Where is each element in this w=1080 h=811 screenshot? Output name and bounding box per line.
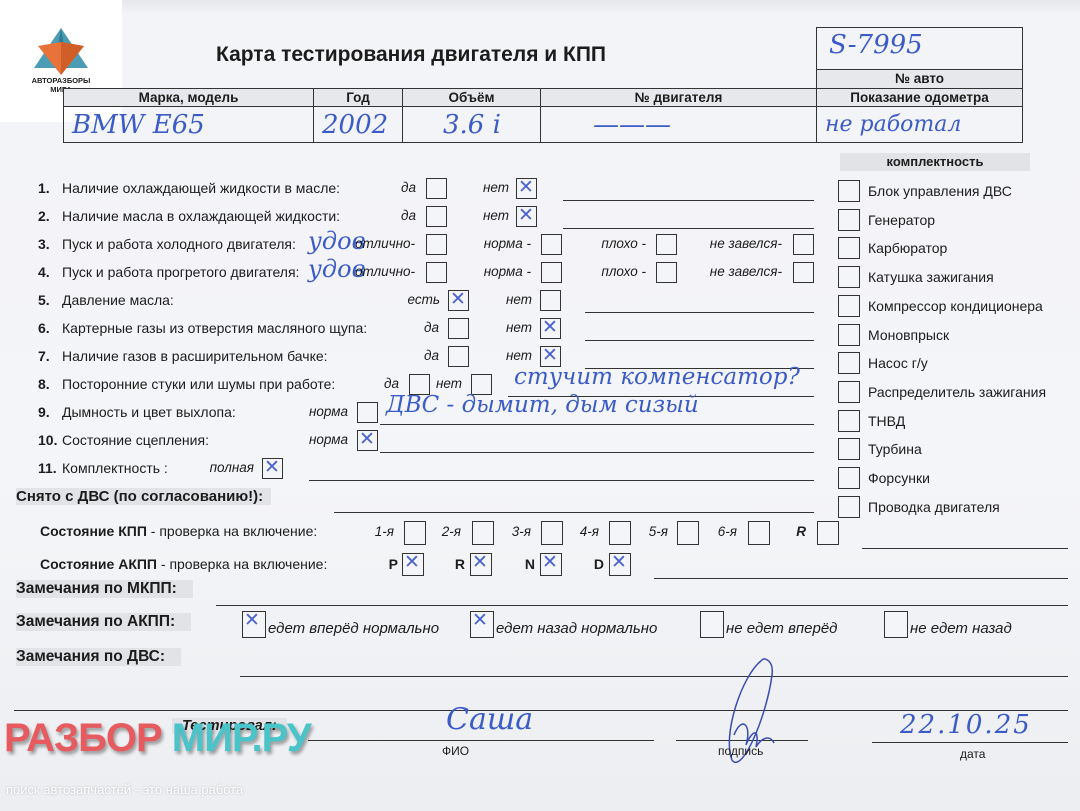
completeness-item-label: Моновпрыск [868, 327, 949, 343]
check-option-label: нет [483, 208, 509, 223]
check-option-checkbox[interactable] [426, 206, 447, 227]
kpp-gear-checkbox[interactable] [748, 521, 770, 545]
kpp-gear-label: 4-я [580, 524, 599, 539]
check-option-checkbox[interactable] [426, 178, 447, 199]
akpp-gear-label: P [389, 556, 398, 572]
check-number: 7. [38, 348, 50, 364]
akpp-gear-checkbox[interactable] [402, 553, 424, 576]
kpp-gear-label: 6-я [718, 524, 737, 539]
check-label: Комплектность : [62, 460, 168, 476]
mountain-logo-icon [34, 28, 88, 76]
car-number-value: S-7995 [829, 30, 923, 60]
check-option-checkbox[interactable] [540, 318, 561, 339]
check-option-label: полная [210, 460, 254, 475]
completeness-checkbox[interactable] [838, 438, 860, 460]
test-card-sheet: АВТОРАЗБОРЫ МИРА Карта тестирования двиг… [0, 0, 1080, 811]
completeness-checkbox[interactable] [838, 352, 860, 374]
akpp-gear-label: R [455, 556, 465, 572]
check-label: Посторонние стуки или шумы при работе: [62, 376, 335, 392]
date-line [872, 742, 1068, 743]
watermark-title: РАЗБОР МИР.РУ [4, 716, 311, 761]
check-option-label: отлично- [355, 264, 415, 279]
volume-field[interactable]: 3.6 i [402, 106, 541, 143]
check-option-checkbox[interactable] [357, 430, 378, 451]
completeness-item-label: Турбина [868, 441, 922, 457]
akpp-remark-label: не едет вперёд [726, 620, 837, 637]
check-option-label: норма [309, 432, 348, 447]
completeness-checkbox[interactable] [838, 496, 860, 518]
check-note-value: стучит компенсатор? [514, 364, 800, 390]
tester-name-caption: ФИО [442, 744, 469, 758]
kpp-gear-checkbox[interactable] [609, 521, 631, 545]
check-option-label: не завелся- [710, 264, 782, 279]
check-option-label: нет [506, 320, 532, 335]
check-label: Давление масла: [62, 292, 174, 308]
check-option-checkbox[interactable] [262, 458, 283, 479]
check-option-label: норма - [484, 264, 531, 279]
remarks-dvs-label: Замечания по ДВС: [16, 648, 181, 666]
completeness-checkbox[interactable] [838, 410, 860, 432]
date-caption: дата [960, 747, 985, 761]
completeness-item-label: Распределитель зажигания [868, 384, 1046, 400]
check-note-field[interactable] [563, 200, 814, 201]
check-label: Наличие масла в охлаждающей жидкости: [62, 208, 340, 224]
check-option-checkbox[interactable] [448, 290, 469, 311]
check-option-label: плохо - [601, 236, 646, 251]
check-option-label: нет [436, 376, 462, 391]
check-option-label: да [424, 320, 439, 335]
check-option-label: есть [408, 292, 440, 307]
check-option-checkbox[interactable] [426, 262, 447, 283]
completeness-item-label: ТНВД [868, 413, 905, 429]
completeness-checkbox[interactable] [838, 324, 860, 346]
akpp-remark-checkbox[interactable] [470, 611, 494, 638]
check-number: 4. [38, 264, 50, 280]
akpp-remark-checkbox[interactable] [884, 611, 908, 638]
completeness-checkbox[interactable] [838, 180, 860, 202]
check-number: 3. [38, 236, 50, 252]
check-note-value: ДВС - дымит, дым сизый [386, 392, 699, 418]
completeness-checkbox[interactable] [838, 381, 860, 403]
akpp-remark-checkbox[interactable] [700, 611, 724, 638]
completeness-item-label: Компрессор кондиционера [868, 298, 1043, 314]
page-title: Карта тестирования двигателя и КПП [216, 43, 606, 67]
logo-text-line1: АВТОРАЗБОРЫ [0, 76, 122, 85]
odometer-field[interactable]: не работал [816, 106, 1023, 143]
kpp-label: Состояние КПП - проверка на включение: [40, 523, 317, 539]
check-option-label: плохо - [601, 264, 646, 279]
check-option-label: да [424, 348, 439, 363]
col-header-volume: Объём [402, 88, 541, 107]
check-option-checkbox[interactable] [793, 234, 814, 255]
check-note-field[interactable] [380, 452, 814, 453]
removed-from-engine-field[interactable] [334, 512, 814, 513]
engine-number-field[interactable]: ——— [540, 106, 817, 143]
col-header-year: Год [313, 88, 403, 107]
check-note-field[interactable] [309, 480, 814, 481]
check-label: Картерные газы из отверстия масляного щу… [62, 320, 367, 336]
check-option-label: не завелся- [710, 236, 782, 251]
check-label: Пуск и работа прогретого двигателя: [62, 264, 299, 280]
remarks-dvs-field-1[interactable] [240, 676, 1068, 677]
date-value[interactable]: 22.10.25 [900, 710, 1032, 740]
check-option-checkbox[interactable] [541, 234, 562, 255]
akpp-gear-label: N [525, 556, 535, 572]
check-option-label: да [401, 208, 416, 223]
check-note-field[interactable] [380, 424, 814, 425]
check-number: 5. [38, 292, 50, 308]
year-field[interactable]: 2002 [313, 106, 403, 143]
check-option-label: нет [506, 348, 532, 363]
completeness-item-label: Форсунки [868, 470, 930, 486]
completeness-item-label: Катушка зажигания [868, 269, 994, 285]
check-label: Состояние сцепления: [62, 432, 209, 448]
completeness-checkbox[interactable] [838, 209, 860, 231]
kpp-gear-label: 5-я [649, 524, 668, 539]
check-option-label: норма - [484, 236, 531, 251]
check-number: 8. [38, 376, 50, 392]
akpp-gear-label: D [594, 556, 604, 572]
make-model-field[interactable]: BMW E65 [63, 106, 314, 143]
signature-caption: подпись [718, 744, 763, 758]
check-option-label: нет [506, 292, 532, 307]
completeness-item-label: Карбюратор [868, 240, 947, 256]
akpp-label: Состояние АКПП - проверка на включение: [40, 556, 327, 572]
completeness-title: комплектность [840, 153, 1030, 171]
check-option-checkbox[interactable] [448, 346, 469, 367]
kpp-notes-field[interactable] [862, 548, 1068, 549]
kpp-gear-checkbox[interactable] [472, 521, 494, 545]
tester-name-value[interactable]: Саша [446, 702, 533, 737]
check-note-field[interactable] [585, 340, 814, 341]
completeness-item-label: Проводка двигателя [868, 499, 1000, 515]
completeness-checkbox[interactable] [838, 237, 860, 259]
remarks-mkpp-field[interactable] [216, 605, 1068, 606]
check-option-checkbox[interactable] [516, 206, 537, 227]
check-option-checkbox[interactable] [516, 178, 537, 199]
tester-name-line [308, 740, 654, 741]
remarks-mkpp-label: Замечания по МКПП: [16, 580, 193, 598]
check-option-checkbox[interactable] [656, 262, 677, 283]
check-option-label: да [384, 376, 399, 391]
removed-from-engine-label: Снято с ДВС (по согласованию!): [16, 488, 271, 505]
remarks-akpp-label: Замечания по АКПП: [16, 613, 191, 631]
akpp-remark-label: не едет назад [910, 620, 1012, 637]
completeness-checkbox[interactable] [838, 266, 860, 288]
akpp-gear-checkbox[interactable] [470, 553, 492, 576]
check-option-checkbox[interactable] [448, 318, 469, 339]
check-option-checkbox[interactable] [793, 262, 814, 283]
completeness-checkbox[interactable] [838, 295, 860, 317]
check-number: 6. [38, 320, 50, 336]
check-number: 9. [38, 404, 50, 420]
watermark: РАЗБОР МИР.РУ поиск автозапчастей - это … [0, 712, 232, 811]
check-number: 10. [38, 432, 57, 448]
akpp-remark-label: едет назад нормально [496, 620, 657, 637]
check-number: 2. [38, 208, 50, 224]
check-label: Дымность и цвет выхлопа: [62, 404, 236, 420]
kpp-gear-label: 2-я [442, 524, 461, 539]
check-number: 11. [38, 460, 57, 476]
check-option-checkbox[interactable] [540, 290, 561, 311]
akpp-remark-checkbox[interactable] [242, 611, 266, 638]
akpp-remark-label: едет вперёд нормально [268, 620, 439, 637]
check-option-label: отлично- [355, 236, 415, 251]
kpp-gear-checkbox[interactable] [677, 521, 699, 545]
akpp-notes-field[interactable] [654, 578, 1068, 579]
col-header-engine-number: № двигателя [540, 88, 817, 107]
check-number: 1. [38, 180, 50, 196]
check-label: Наличие газов в расширительном бачке: [62, 348, 328, 364]
check-label: Наличие охлаждающей жидкости в масле: [62, 180, 340, 196]
check-label: Пуск и работа холодного двигателя: [62, 236, 296, 252]
check-note-field[interactable] [585, 312, 814, 313]
car-number-label: № авто [816, 69, 1023, 89]
completeness-item-label: Насос г/у [868, 355, 928, 371]
check-option-checkbox[interactable] [656, 234, 677, 255]
kpp-gear-checkbox[interactable] [817, 521, 839, 545]
completeness-item-label: Блок управления ДВС [868, 183, 1012, 199]
watermark-tagline: поиск автозапчастей - это наша работа [6, 782, 243, 797]
col-header-make-model: Марка, модель [63, 88, 314, 107]
akpp-gear-checkbox[interactable] [609, 553, 631, 576]
completeness-checkbox[interactable] [838, 467, 860, 489]
kpp-gear-checkbox[interactable] [404, 521, 426, 545]
check-option-checkbox[interactable] [357, 402, 378, 423]
car-number-field[interactable]: S-7995 [816, 27, 1023, 70]
check-option-label: да [401, 180, 416, 195]
col-header-odometer: Показание одометра [816, 88, 1023, 107]
check-option-checkbox[interactable] [426, 234, 447, 255]
akpp-gear-checkbox[interactable] [540, 553, 562, 576]
check-option-label: нет [483, 180, 509, 195]
check-note-field[interactable] [563, 228, 814, 229]
check-option-label: норма [309, 404, 348, 419]
kpp-gear-label: 3-я [512, 524, 531, 539]
kpp-gear-label: R [796, 524, 806, 539]
completeness-item-label: Генератор [868, 212, 935, 228]
kpp-gear-checkbox[interactable] [541, 521, 563, 545]
kpp-gear-label: 1-я [375, 524, 394, 539]
check-option-checkbox[interactable] [541, 262, 562, 283]
